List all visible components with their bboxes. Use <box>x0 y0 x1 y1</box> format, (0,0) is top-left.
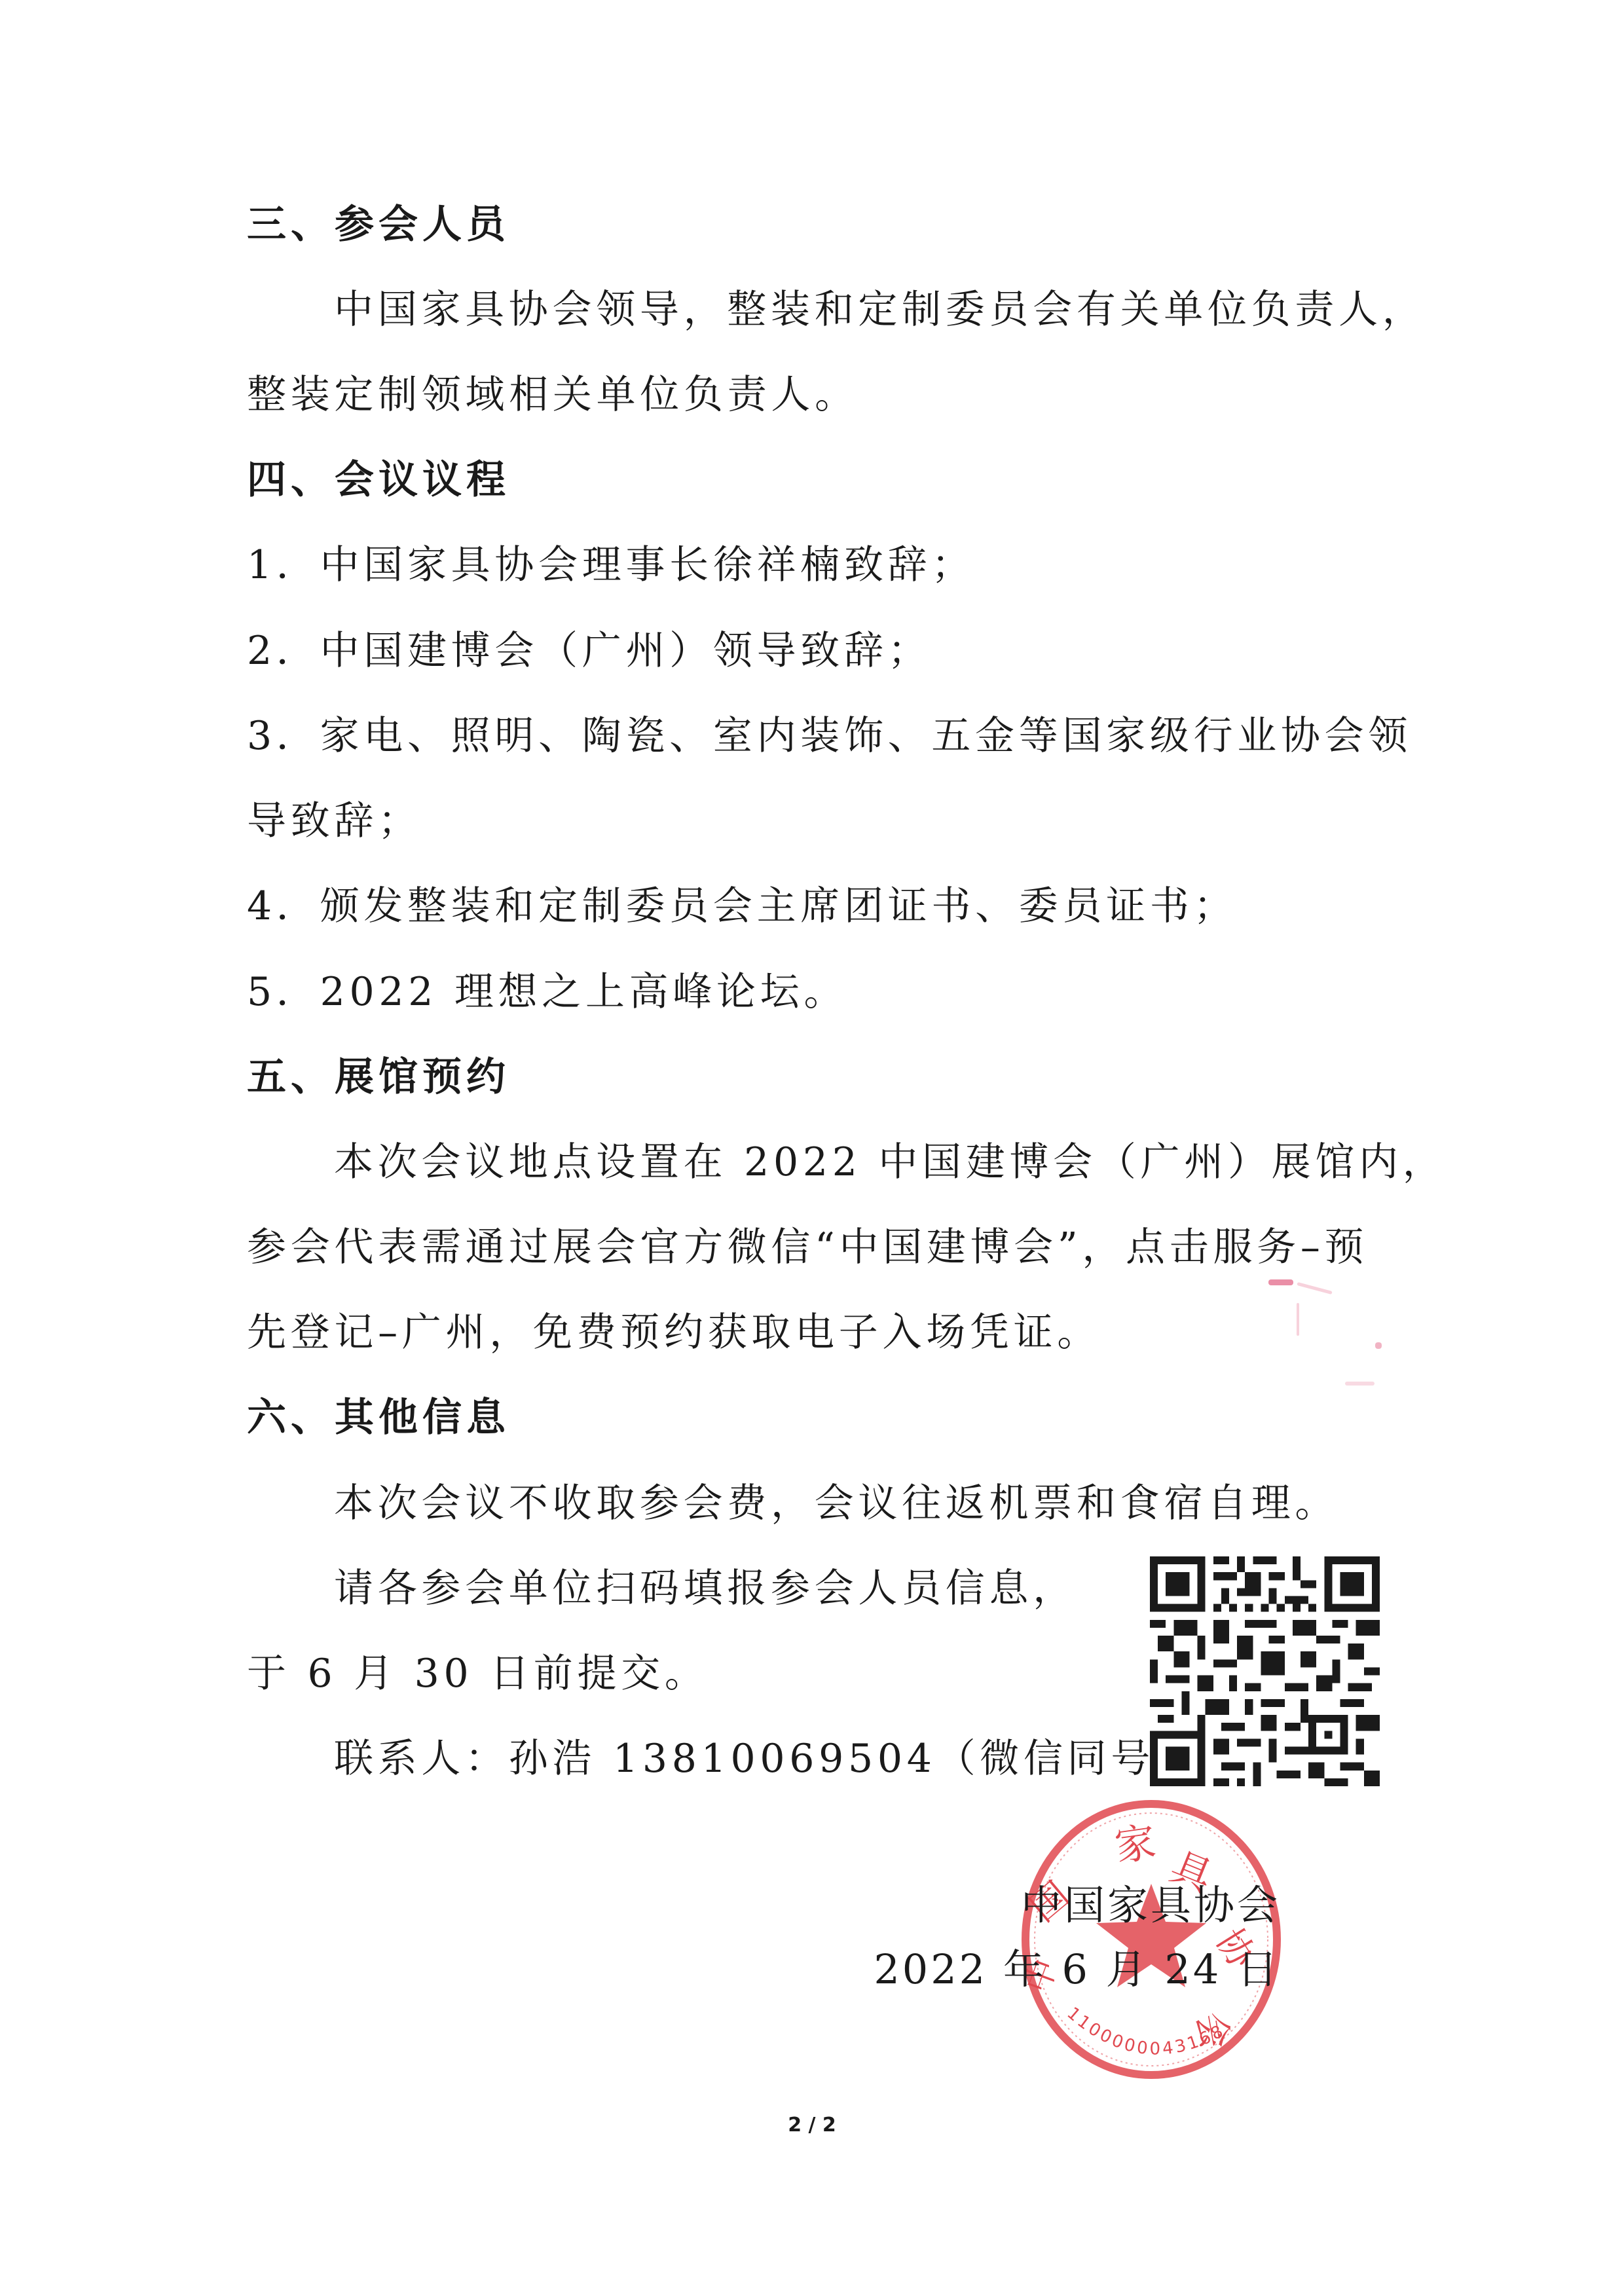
agenda-item: 4．颁发整装和定制委员会主席团证书、委员证书； <box>247 864 1237 949</box>
section-heading-agenda: 四、会议议程 <box>247 437 510 523</box>
paragraph-line: 整装定制领域相关单位负责人。 <box>247 352 858 437</box>
page-number: 2 / 2 <box>0 2114 1624 2137</box>
seal-bleed-mark <box>1375 1342 1382 1349</box>
seal-bleed-mark <box>1297 1303 1299 1336</box>
section-heading-other-info: 六、其他信息 <box>247 1375 510 1460</box>
qr-code-icon[interactable] <box>1149 1556 1380 1786</box>
agenda-item-continuation: 导致辞； <box>247 779 422 864</box>
paragraph-line: 本次会议不收取参会费，会议往返机票和食宿自理。 <box>334 1461 1338 1546</box>
section-heading-venue-booking: 五、展馆预约 <box>247 1035 510 1120</box>
agenda-item: 1．中国家具协会理事长徐祥楠致辞； <box>247 523 975 608</box>
agenda-item: 2．中国建博会（广州）领导致辞； <box>247 608 931 693</box>
signature-date: 2022 年 6 月 24 日 <box>874 1937 1280 2002</box>
paragraph-line: 本次会议地点设置在 2022 中国建博会（广州）展馆内， <box>334 1120 1446 1205</box>
paragraph-line: 先登记–广州，免费预约获取电子入场凭证。 <box>247 1290 1101 1375</box>
signature-organization: 中国家具协会 <box>1021 1873 1280 1938</box>
seal-bleed-mark <box>1345 1382 1375 1386</box>
paragraph-line: 请各参会单位扫码填报参会人员信息， <box>334 1546 1077 1631</box>
contact-line: 联系人：孙浩 13810069504（微信同号） <box>334 1716 1198 1801</box>
seal-bleed-mark <box>1268 1279 1293 1285</box>
paragraph-line: 中国家具协会领导，整装和定制委员会有关单位负责人， <box>334 267 1426 352</box>
svg-text:家: 家 <box>1112 1818 1159 1871</box>
agenda-item: 3．家电、照明、陶瓷、室内装饰、五金等国家级行业协会领 <box>247 693 1412 779</box>
section-heading-attendees: 三、参会人员 <box>247 182 510 267</box>
document-page: 三、参会人员 中国家具协会领导，整装和定制委员会有关单位负责人， 整装定制领域相… <box>0 0 1624 2295</box>
paragraph-line: 于 6 月 30 日前提交。 <box>247 1631 709 1716</box>
agenda-item: 5．2022 理想之上高峰论坛。 <box>247 949 847 1035</box>
paragraph-line: 参会代表需通过展会官方微信“中国建博会”，点击服务–预 <box>247 1205 1368 1290</box>
